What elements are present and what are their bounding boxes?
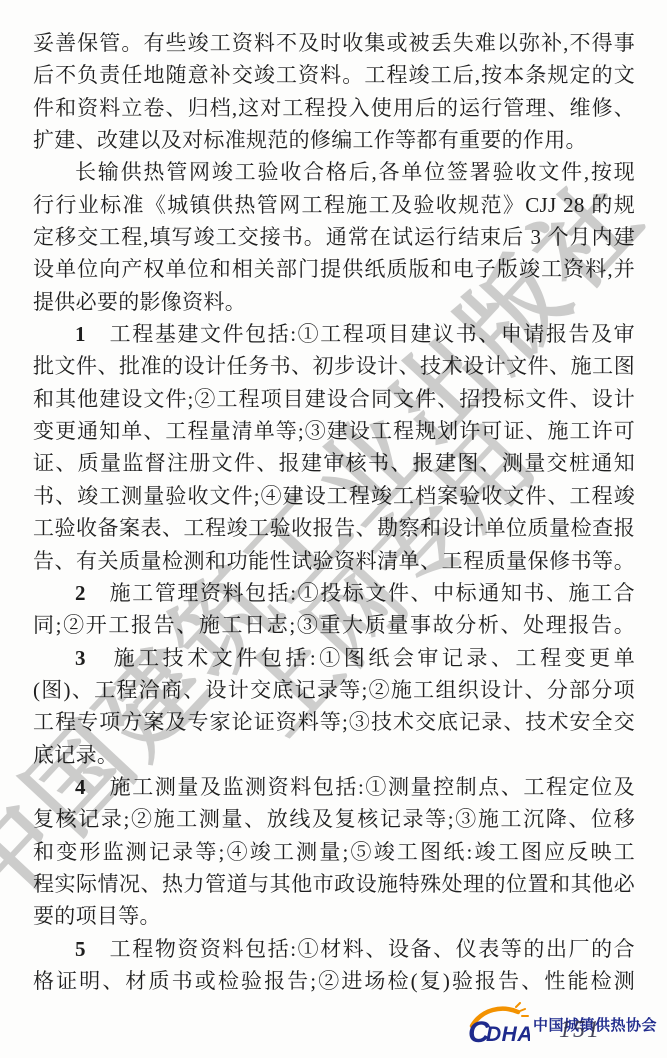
text-line: 和其他建设文件;②工程项目建设合同文件、招投标文件、设计 bbox=[33, 383, 635, 415]
text-line: 底记录。 bbox=[33, 739, 635, 771]
text-line: 扩建、改建以及对标准规范的修编工作等都有重要的作用。 bbox=[33, 124, 635, 156]
text-line: 书、竣工测量验收文件;④建设工程竣工档案验收文件、工程竣 bbox=[33, 480, 635, 512]
item-number: 1 bbox=[75, 322, 86, 346]
page-footer: 151 C DHA 中国城镇供热协会 bbox=[467, 1004, 657, 1050]
item-number: 3 bbox=[75, 646, 86, 670]
text-line: 同;②开工报告、施工日志;③重大质量事故分析、处理报告。 bbox=[33, 609, 635, 641]
text-line: (图)、工程洽商、设计交底记录等;②施工组织设计、分部分项 bbox=[33, 674, 635, 706]
text-line: 2 施工管理资料包括:①投标文件、中标通知书、施工合 bbox=[33, 577, 635, 609]
document-page: 妥善保管。有些竣工资料不及时收集或被丢失难以弥补,不得事后不负责任地随意补交竣工… bbox=[0, 0, 667, 1058]
text-line: 设单位向产权单位和相关部门提供纸质版和电子版竣工资料,并 bbox=[33, 253, 635, 285]
text-line: 变更通知单、工程量清单等;③建设工程规划许可证、施工许可 bbox=[33, 415, 635, 447]
item-number: 2 bbox=[75, 581, 86, 605]
text-line: 定移交工程,填写竣工交接书。通常在试运行结束后 3 个月内建 bbox=[33, 221, 635, 253]
text-line: 4 施工测量及监测资料包括:①测量控制点、工程定位及 bbox=[33, 771, 635, 803]
text-line: 告、有关质量检测和功能性试验资料清单、工程质量保修书等。 bbox=[33, 545, 635, 577]
text-line: 工程专项方案及专家论证资料等;③技术交底记录、技术安全交 bbox=[33, 706, 635, 738]
item-number: 5 bbox=[75, 937, 86, 961]
text-line: 提供必要的影像资料。 bbox=[33, 286, 635, 318]
text-line: 证、质量监督注册文件、报建审核书、报建图、测量交桩通知 bbox=[33, 447, 635, 479]
text-line: 后不负责任地随意补交竣工资料。工程竣工后,按本条规定的文 bbox=[33, 59, 635, 91]
text-line: 长输供热管网竣工验收合格后,各单位签署验收文件,按现 bbox=[33, 156, 635, 188]
text-line: 和变形监测记录等;④竣工测量;⑤竣工图纸:竣工图应反映工 bbox=[33, 836, 635, 868]
text-line: 批文件、批准的设计任务书、初步设计、技术设计文件、施工图 bbox=[33, 350, 635, 382]
text-line: 工验收备案表、工程竣工验收报告、勘察和设计单位质量检查报 bbox=[33, 512, 635, 544]
cdha-logo-icon: C DHA bbox=[468, 1002, 530, 1046]
text-line: 5 工程物资资料包括:①材料、设备、仪表等的出厂的合 bbox=[33, 933, 635, 965]
text-line: 3 施工技术文件包括:①图纸会审记录、工程变更单 bbox=[33, 642, 635, 674]
logo-letters-dha: DHA bbox=[486, 1023, 530, 1046]
text-line: 程实际情况、热力管道与其他市政设施特殊处理的位置和其他必 bbox=[33, 868, 635, 900]
text-line: 件和资料立卷、归档,这对工程投入使用后的运行管理、维修、 bbox=[33, 92, 635, 124]
text-line: 要的项目等。 bbox=[33, 900, 635, 932]
text-line: 妥善保管。有些竣工资料不及时收集或被丢失难以弥补,不得事 bbox=[33, 27, 635, 59]
item-number: 4 bbox=[75, 775, 86, 799]
text-line: 1 工程基建文件包括:①工程项目建议书、申请报告及审 bbox=[33, 318, 635, 350]
text-line: 复核记录;②施工测量、放线及复核记录等;③施工沉降、位移 bbox=[33, 803, 635, 835]
page-number: 151 bbox=[559, 1017, 601, 1044]
text-line: 行行业标准《城镇供热管网工程施工及验收规范》CJJ 28 的规 bbox=[33, 189, 635, 221]
body-text: 妥善保管。有些竣工资料不及时收集或被丢失难以弥补,不得事后不负责任地随意补交竣工… bbox=[33, 27, 635, 997]
text-line: 格证明、材质书或检验报告;②进场检(复)验报告、性能检测 bbox=[33, 965, 635, 997]
